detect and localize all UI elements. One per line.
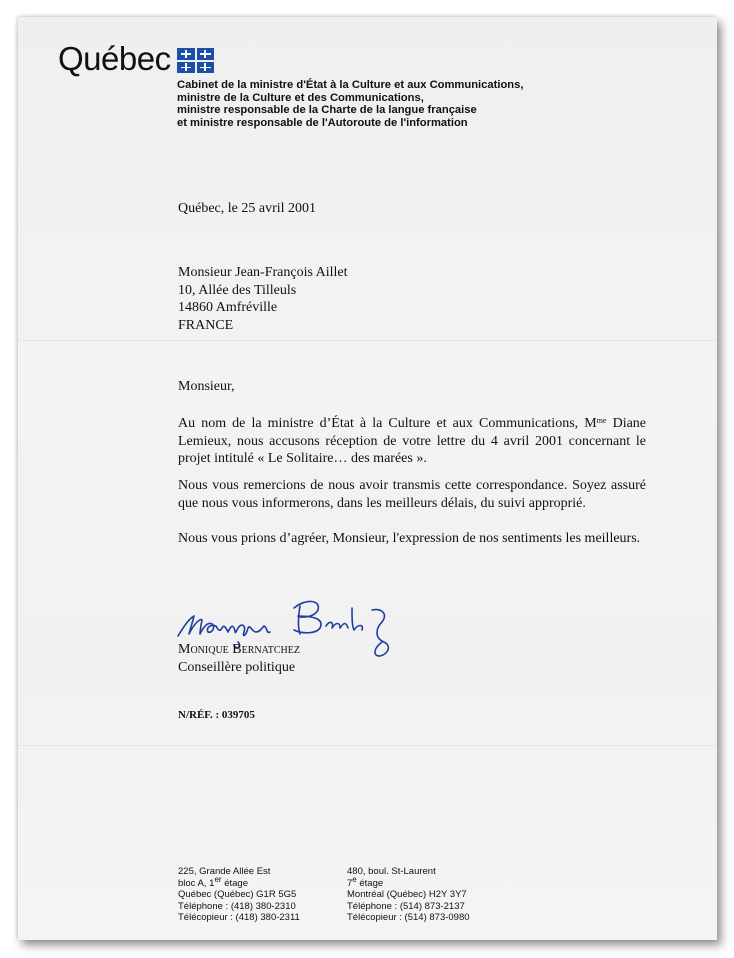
cabinet-header: Cabinet de la ministre d'État à la Cultu… (177, 79, 523, 129)
floor-sup: er (214, 875, 221, 884)
phone-number: Téléphone : (514) 873-2137 (347, 901, 470, 913)
recipient-country: FRANCE (178, 317, 348, 335)
cabinet-line: ministre de la Culture et des Communicat… (177, 92, 523, 105)
address-line: 480, boul. St-Laurent (347, 866, 470, 878)
footer-quebec-office: 225, Grande Allée Est bloc A, 1er étage … (178, 866, 300, 924)
paper-fold-line (18, 340, 717, 341)
cabinet-line: ministre responsable de la Charte de la … (177, 104, 523, 117)
honorific-sup: me (597, 416, 607, 425)
quebec-logo-text: Québec (58, 40, 171, 78)
paragraph-2: Nous vous remercions de nous avoir trans… (178, 477, 646, 512)
floor-suffix: étage (357, 878, 383, 889)
cabinet-line: et ministre responsable de l'Autoroute d… (177, 117, 523, 130)
paragraph-1: Au nom de la ministre d’État à la Cultur… (178, 415, 646, 468)
address-line: Montréal (Québec) H2Y 3Y7 (347, 889, 470, 901)
fax-number: Télécopieur : (418) 380-2311 (178, 912, 300, 924)
recipient-street: 10, Allée des Tilleuls (178, 282, 348, 300)
address-line: Québec (Québec) G1R 5G5 (178, 889, 300, 901)
cabinet-line: Cabinet de la ministre d'État à la Cultu… (177, 79, 523, 92)
recipient-name: Monsieur Jean-François Aillet (178, 264, 348, 282)
fax-number: Télécopieur : (514) 873-0980 (347, 912, 470, 924)
salutation: Monsieur, (178, 378, 235, 396)
signatory-name: Monique Bernatchez (178, 641, 300, 659)
recipient-address: Monsieur Jean-François Aillet 10, Allée … (178, 264, 348, 334)
recipient-city: 14860 Amfréville (178, 299, 348, 317)
floor-text: bloc A, 1 (178, 878, 214, 889)
footer-montreal-office: 480, boul. St-Laurent 7e étage Montréal … (347, 866, 470, 924)
letter-date: Québec, le 25 avril 2001 (178, 200, 316, 218)
floor-suffix: étage (222, 878, 248, 889)
quebec-flag-icon (177, 48, 214, 73)
signatory-title: Conseillère politique (178, 659, 300, 677)
address-line: 225, Grande Allée Est (178, 866, 300, 878)
reference-number: N/RÉF. : 039705 (178, 709, 255, 721)
paper-fold-line (18, 745, 717, 746)
paragraph-text: Au nom de la ministre d’État à la Cultur… (178, 416, 578, 431)
address-line: 7e étage (347, 878, 470, 890)
paragraph-3: Nous vous prions d’agréer, Monsieur, l'e… (178, 530, 646, 548)
phone-number: Téléphone : (418) 380-2310 (178, 901, 300, 913)
signature-block: Monique Bernatchez Conseillère politique (178, 641, 300, 677)
honorific: M (584, 416, 596, 431)
address-line: bloc A, 1er étage (178, 878, 300, 890)
